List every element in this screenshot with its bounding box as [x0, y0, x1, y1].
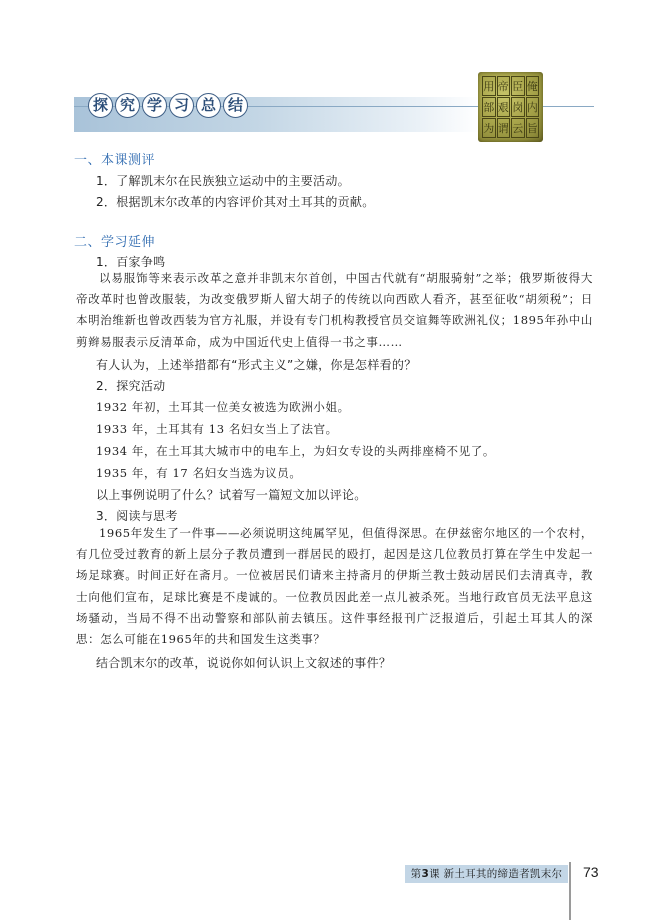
seal-glyph: 为 — [482, 118, 496, 138]
lesson-number: 3 — [421, 868, 429, 880]
seal-stamp-image: 用 帝 臣 俺 部 艰 岗 内 为 谓 云 旨 — [478, 72, 543, 142]
seal-glyph: 帝 — [497, 76, 511, 96]
banner-title-char: 究 — [115, 93, 140, 118]
reading-paragraph: 1965年发生了一件事——必须说明这纯属罕见，但值得深思。在伊兹密尔地区的一个农… — [76, 523, 593, 650]
seal-glyph: 岗 — [511, 97, 525, 117]
seal-glyph: 谓 — [497, 118, 511, 138]
banner-title-char: 习 — [169, 93, 194, 118]
inquiry-event-1933: 1933 年，土耳其有 13 名妇女当上了法官。 — [96, 421, 338, 437]
inquiry-event-1934: 1934 年，在土耳其大城市中的电车上，为妇女专设的头两排座椅不见了。 — [96, 443, 495, 459]
banner-title-char: 学 — [142, 93, 167, 118]
running-footer-lesson: 第3课 新土耳其的缔造者凯末尔 — [405, 865, 568, 883]
assessment-item-2: 2．根据凯末尔改革的内容评价其对土耳其的贡献。 — [96, 193, 375, 210]
subsection-title-reading: 3．阅读与思考 — [96, 507, 178, 524]
seal-glyph: 云 — [511, 118, 525, 138]
lesson-title: 新土耳其的缔造者凯末尔 — [444, 868, 563, 880]
seal-glyph: 俺 — [526, 76, 540, 96]
banner-title-char: 探 — [88, 93, 113, 118]
subsection-title-inquiry: 2．探究活动 — [96, 377, 165, 394]
section-heading-extension: 二、学习延伸 — [74, 231, 155, 250]
inquiry-question: 以上事例说明了什么？试着写一篇短文加以评论。 — [96, 486, 367, 503]
lesson-suffix: 课 — [429, 868, 440, 880]
banner-title-char: 结 — [223, 93, 248, 118]
seal-glyph: 内 — [526, 97, 540, 117]
assessment-item-1: 1．了解凯末尔在民族独立运动中的主要活动。 — [96, 172, 350, 189]
page-number: 73 — [583, 864, 599, 880]
footer-divider — [569, 862, 571, 920]
banner-title-char: 总 — [196, 93, 221, 118]
seal-glyph: 艰 — [497, 97, 511, 117]
debate-paragraph: 以易服饰等来表示改革之意并非凯末尔首创，中国古代就有“胡服骑射”之举；俄罗斯彼得… — [76, 268, 593, 353]
seal-glyph: 旨 — [526, 118, 540, 138]
banner-title: 探 究 学 习 总 结 — [88, 93, 248, 118]
inquiry-event-1935: 1935 年，有 17 名妇女当选为议员。 — [96, 465, 301, 481]
debate-question: 有人认为，上述举措都有“形式主义”之嫌，你是怎样看的？ — [96, 356, 417, 373]
lesson-prefix: 第 — [411, 868, 422, 880]
seal-glyph: 部 — [482, 97, 496, 117]
inquiry-event-1932: 1932 年初，土耳其一位美女被选为欧洲小姐。 — [96, 399, 350, 415]
reading-question: 结合凯末尔的改革，说说你如何认识上文叙述的事件？ — [96, 654, 391, 671]
seal-glyph: 臣 — [511, 76, 525, 96]
seal-glyph: 用 — [482, 76, 496, 96]
section-heading-assessment: 一、本课测评 — [74, 149, 155, 168]
